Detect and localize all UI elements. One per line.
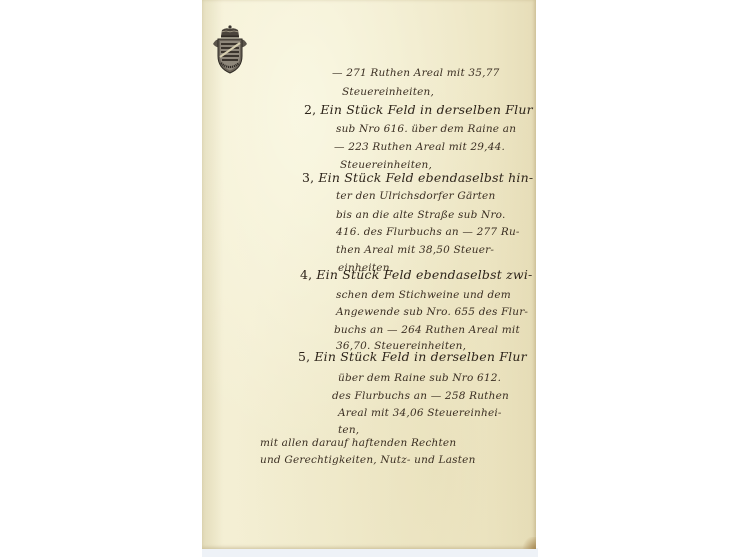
text-line: des Flurbuchs an — 258 Ruthen <box>332 391 509 402</box>
document-page: — 271 Ruthen Areal mit 35,77 Steuereinhe… <box>202 0 536 549</box>
list-item-5: 5,Ein Stück Feld in derselben Flur <box>298 351 527 364</box>
item-number: 3, <box>302 170 314 185</box>
scanner-bed-edge <box>202 548 538 557</box>
text-line: then Areal mit 38,50 Steuer- <box>336 245 494 256</box>
text-line: Areal mit 34,06 Steuereinhei- <box>338 408 502 419</box>
text-line: Steuereinheiten, <box>342 87 434 98</box>
text-line: Ein Stück Feld ebendaselbst hin- <box>318 170 533 185</box>
text-line: bis an die alte Straße sub Nro. <box>336 210 506 221</box>
item-number: 4, <box>300 267 312 282</box>
text-line: über dem Raine sub Nro 612. <box>338 373 501 384</box>
text-line: sub Nro 616. über dem Raine an <box>336 124 516 135</box>
text-line: — 223 Ruthen Areal mit 29,44. <box>334 142 505 153</box>
text-line: ten, <box>338 425 359 436</box>
list-item-3: 3,Ein Stück Feld ebendaselbst hin- <box>302 172 533 185</box>
text-line: und Gerechtigkeiten, Nutz- und Lasten <box>260 455 476 466</box>
text-line: mit allen darauf haftenden Rechten <box>260 438 456 449</box>
text-line: — 271 Ruthen Areal mit 35,77 <box>332 68 499 79</box>
text-line: 416. des Flurbuchs an — 277 Ru- <box>336 227 520 238</box>
text-line: Angewende sub Nro. 655 des Flur- <box>336 307 528 318</box>
text-line: buchs an — 264 Ruthen Areal mit <box>334 325 520 336</box>
text-line: Ein Stück Feld in derselben Flur <box>320 102 532 117</box>
text-line: schen dem Stichweine und dem <box>336 290 511 301</box>
scanned-document-view: — 271 Ruthen Areal mit 35,77 Steuereinhe… <box>0 0 740 557</box>
text-line: Steuereinheiten, <box>340 160 432 171</box>
text-line: Ein Stück Feld ebendaselbst zwi- <box>316 267 532 282</box>
handwritten-text: — 271 Ruthen Areal mit 35,77 Steuereinhe… <box>202 0 536 549</box>
list-item-4: 4,Ein Stück Feld ebendaselbst zwi- <box>300 269 532 282</box>
text-line: Ein Stück Feld in derselben Flur <box>314 349 526 364</box>
text-line: ter den Ulrichsdorfer Gärten <box>336 191 495 202</box>
item-number: 5, <box>298 349 310 364</box>
list-item-2: 2,Ein Stück Feld in derselben Flur <box>304 104 533 117</box>
item-number: 2, <box>304 102 316 117</box>
